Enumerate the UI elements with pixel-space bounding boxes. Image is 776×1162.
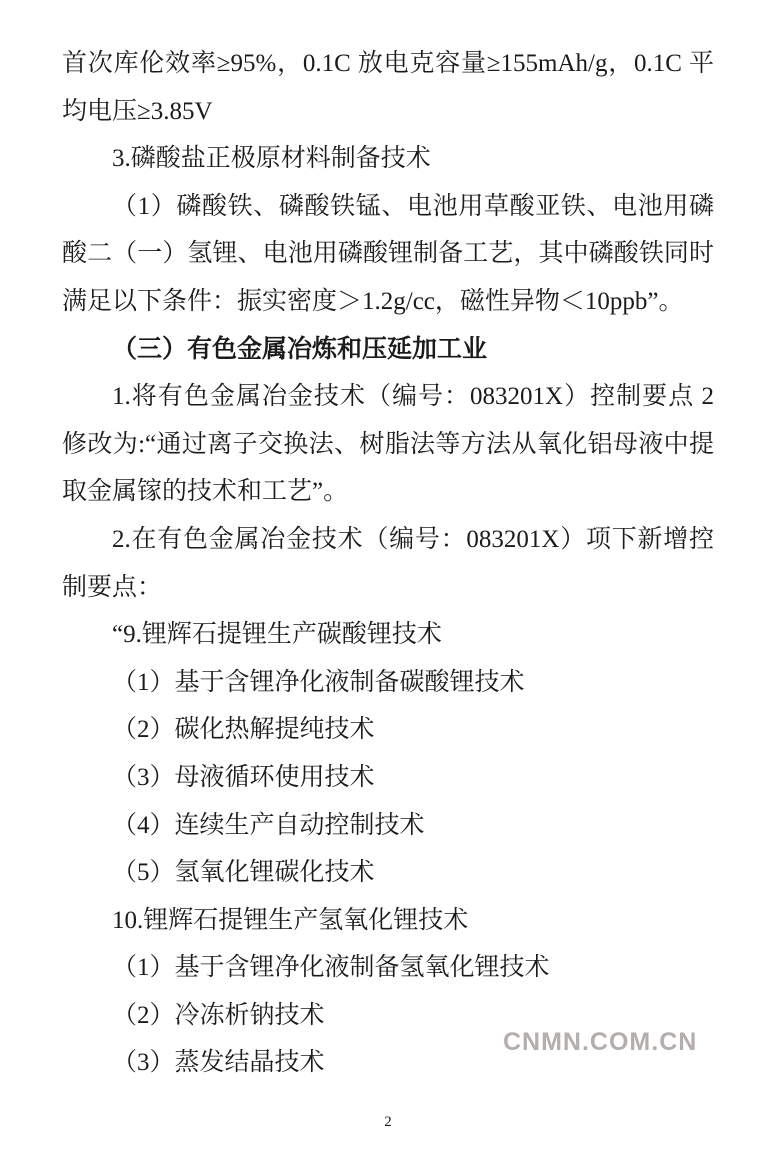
text-line: （2）碳化热解提纯技术	[62, 706, 714, 754]
text-line: 2.在有色金属冶金技术（编号：083201X）项下新增控	[62, 516, 714, 564]
text-line: 取金属镓的技术和工艺”。	[62, 468, 714, 516]
page-number: 2	[0, 1114, 776, 1131]
site-watermark: CNMN.COM.CN	[503, 1028, 697, 1057]
text-line: （4）连续生产自动控制技术	[62, 802, 714, 850]
text-line: 修改为:“通过离子交换法、树脂法等方法从氧化铝母液中提	[62, 421, 714, 469]
text-line: （3）母液循环使用技术	[62, 754, 714, 802]
text-line: 均电压≥3.85V	[62, 88, 714, 136]
text-line: （1）基于含锂净化液制备碳酸锂技术	[62, 659, 714, 707]
text-line: （1）磷酸铁、磷酸铁锰、电池用草酸亚铁、电池用磷	[62, 183, 714, 231]
text-line: 10.锂辉石提锂生产氢氧化锂技术	[62, 897, 714, 945]
document-body: 首次库伦效率≥95%，0.1C 放电克容量≥155mAh/g，0.1C 平均电压…	[62, 40, 714, 1087]
text-line: （5）氢氧化锂碳化技术	[62, 849, 714, 897]
text-line: 酸二（一）氢锂、电池用磷酸锂制备工艺，其中磷酸铁同时	[62, 230, 714, 278]
text-line: 首次库伦效率≥95%，0.1C 放电克容量≥155mAh/g，0.1C 平	[62, 40, 714, 88]
text-line: 1.将有色金属冶金技术（编号：083201X）控制要点 2	[62, 373, 714, 421]
text-line: （三）有色金属冶炼和压延加工业	[62, 326, 714, 374]
text-line: 3.磷酸盐正极原材料制备技术	[62, 135, 714, 183]
text-line: 满足以下条件：振实密度＞1.2g/cc，磁性异物＜10ppb”。	[62, 278, 714, 326]
text-line: （1）基于含锂净化液制备氢氧化锂技术	[62, 944, 714, 992]
text-line: 制要点：	[62, 564, 714, 612]
text-line: “9.锂辉石提锂生产碳酸锂技术	[62, 611, 714, 659]
document-page: 首次库伦效率≥95%，0.1C 放电克容量≥155mAh/g，0.1C 平均电压…	[0, 0, 776, 1162]
